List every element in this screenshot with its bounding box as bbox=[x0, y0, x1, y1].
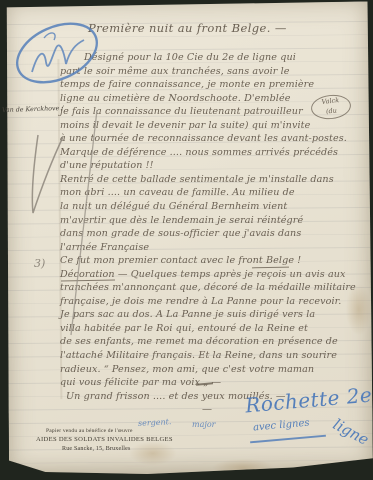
manuscript-line: Ce fut mon premier contact avec le front… bbox=[60, 254, 360, 268]
manuscript-line: temps de faire connaissance, je monte en… bbox=[60, 78, 360, 92]
manuscript-line: l'armée Française bbox=[60, 241, 360, 255]
footer-print-line3: Rue Sancke, 15, Bruxelles bbox=[62, 446, 131, 452]
manuscript-line: tranchées m'annonçant que, décoré de la … bbox=[60, 281, 360, 295]
manuscript-line: de ses enfants, me remet ma décoration e… bbox=[60, 335, 360, 349]
manuscript-line: la nuit un délégué du Général Bernheim v… bbox=[60, 200, 360, 214]
manuscript-line: à une tournée de reconnaissance devant l… bbox=[60, 132, 360, 146]
blue-note-major: major bbox=[192, 420, 215, 429]
section-marker-3: 3) bbox=[34, 257, 45, 270]
closing-dash: — bbox=[202, 404, 212, 415]
manuscript-line: m'avertir que dès le lendemain je serai … bbox=[60, 214, 360, 228]
manuscript-line: l'attaché Militaire français. Et la Rein… bbox=[60, 349, 360, 363]
manuscript-line: Marque de déférence .... nous sommes arr… bbox=[60, 146, 360, 160]
manuscript-line: Désigné pour la 10e Cie du 2e de ligne q… bbox=[60, 51, 360, 65]
manuscript-title: Première nuit au front Belge. — bbox=[88, 21, 287, 35]
manuscript-line: dans mon grade de sous-officier que j'av… bbox=[60, 227, 360, 241]
manuscript-line: française, je dois me rendre à La Panne … bbox=[60, 295, 360, 309]
scanned-manuscript-photo: { "document": { "title": "Première nuit … bbox=[0, 0, 373, 480]
manuscript-line: Rentré de cette ballade sentimentale je … bbox=[60, 173, 360, 187]
manuscript-line: radieux. “ Pensez, mon ami, que c'est vo… bbox=[60, 363, 360, 377]
manuscript-line: mon abri .... un caveau de famille. Au m… bbox=[60, 186, 360, 200]
blue-note-sergent: sergent. bbox=[138, 417, 172, 428]
manuscript-line: part le soir même aux tranchées, sans av… bbox=[60, 65, 360, 79]
paper-stain bbox=[212, 458, 274, 477]
manuscript-line: d'une réputation !! bbox=[60, 159, 360, 173]
footer-print-line2: AIDES DES SOLDATS INVALIDES BELGES bbox=[36, 436, 173, 443]
manuscript-line: villa habitée par le Roi qui, entouré de… bbox=[60, 322, 360, 336]
manuscript-line: moins il devait le devenir par la suite)… bbox=[60, 119, 360, 133]
footer-print-line1: Papier vendu au bénéfice de l'œuvre bbox=[46, 428, 133, 434]
manuscript-line: Je pars sac au dos. A La Panne je suis d… bbox=[60, 308, 360, 322]
paper-stain bbox=[129, 441, 177, 465]
